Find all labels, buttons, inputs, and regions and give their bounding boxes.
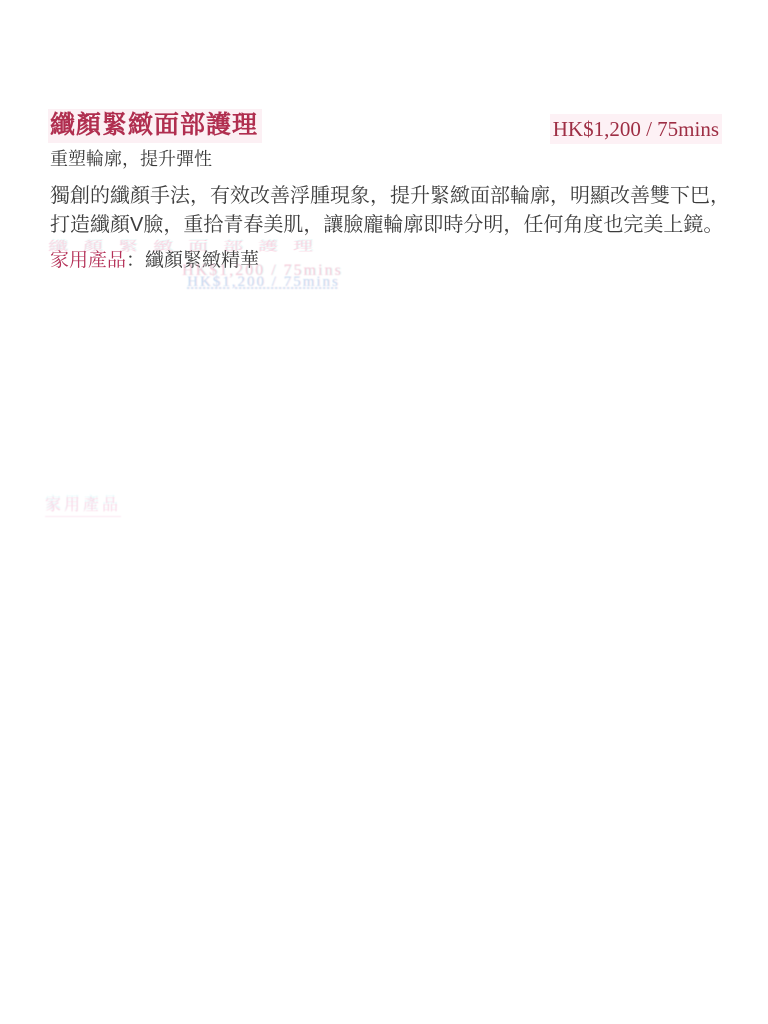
ghost-bottom-artifact: 家用產品 [45,492,121,517]
home-product-line: 家用產品：纖顏緊緻精華 [50,249,259,272]
treatment-tagline: 重塑輪廓，提升彈性 [50,148,212,170]
home-product-label: 家用產品 [50,250,126,271]
ghost-price-blue-artifact: HK$1,200 / 75mins [187,274,340,291]
treatment-title: 纖顏緊緻面部護理 [48,109,262,143]
description-line-1: 獨創的纖顏手法，有效改善浮腫現象，提升緊緻面部輪廓，明顯改善雙下巴， [50,182,730,211]
treatment-description: 獨創的纖顏手法，有效改善浮腫現象，提升緊緻面部輪廓，明顯改善雙下巴， 打造纖顏V… [50,182,730,240]
home-product-separator: ： [126,250,145,271]
home-product-value: 纖顏緊緻精華 [145,250,259,271]
treatment-menu-page: 纖顏緊緻面部護理 HK$1,200 / 75mins 重塑輪廓，提升彈性 獨創的… [0,0,768,1024]
description-line-2: 打造纖顏V臉，重拾青春美肌，讓臉龐輪廓即時分明，任何角度也完美上鏡。 [50,211,730,240]
treatment-header-row: 纖顏緊緻面部護理 HK$1,200 / 75mins [50,109,722,144]
treatment-price: HK$1,200 / 75mins [550,114,722,144]
